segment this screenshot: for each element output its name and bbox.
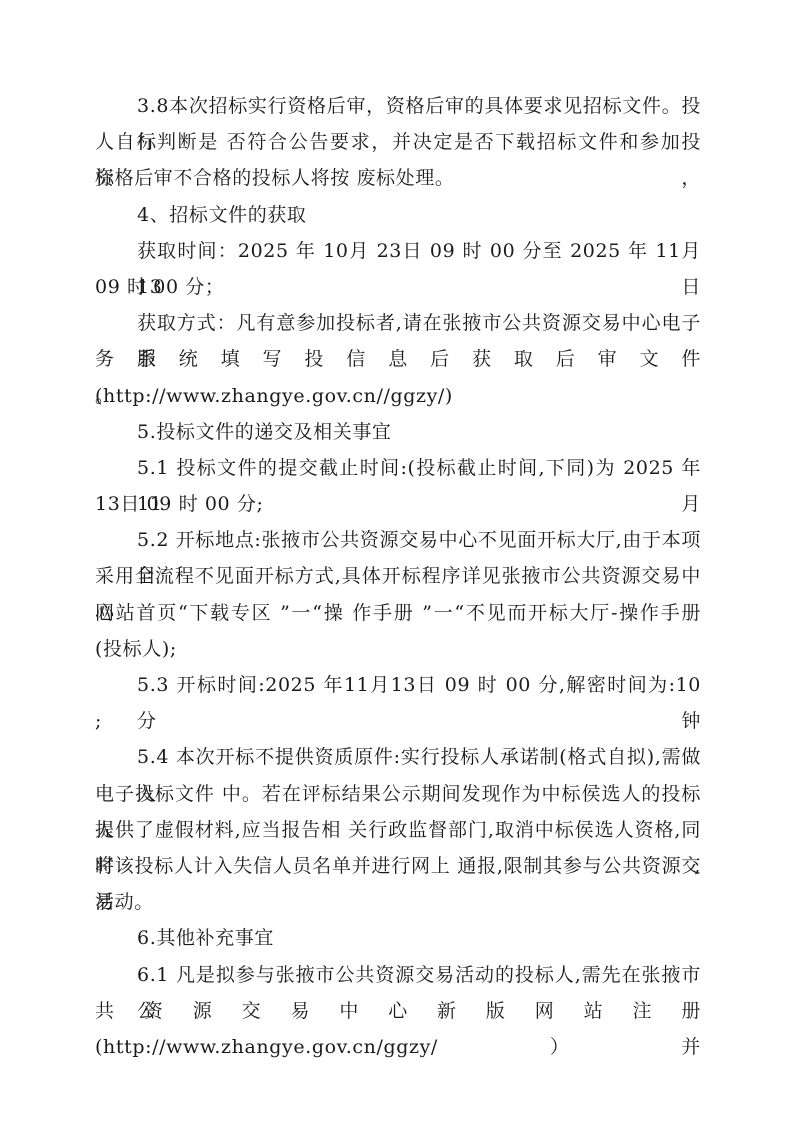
document-text-line: 6.1 凡是拟参与张掖市公共资源交易活动的投标人,需先在张掖市公 bbox=[95, 957, 701, 993]
document-text-line: 提供了虚假材料,应当报告相 关行政监督部门,取消中标侯选人资格,同时, bbox=[95, 812, 701, 848]
document-text-line: 4、招标文件的获取 bbox=[95, 197, 701, 233]
document-text-line: 将该投标人计入失信人员名单并进行网上 通报,限制其参与公共资源交易 bbox=[95, 848, 701, 884]
document-text-line: (投标人); bbox=[95, 631, 701, 667]
document-text-line: 人自行判断是 否符合公告要求，并决定是否下载招标文件和参加投标， bbox=[95, 124, 701, 160]
document-text-line: 活动。 bbox=[95, 884, 701, 920]
document-text-line: 6.其他补充事宜 bbox=[95, 920, 701, 956]
document-text-line: 5.4 本次开标不提供资质原件:实行投标人承诺制(格式自拟),需做入 bbox=[95, 739, 701, 775]
document-text-line: 5.2 开标地点:张掖市公共资源交易中心不见面开标大厅,由于本项目 bbox=[95, 522, 701, 558]
document-text-line: 共资源交易中心新版网站注册 (http://www.zhangye.gov.cn… bbox=[95, 993, 701, 1029]
document-text-line: 3.8本次招标实行资格后审，资格后审的具体要求见招标文件。投标 bbox=[95, 88, 701, 124]
document-text-line: 获取时间：2025 年 10月 23日 09 时 00 分至 2025 年 11… bbox=[95, 233, 701, 269]
document-text-line: 采用全流程不见面开标方式,具体开标程序详见张掖市公共资源交易中心 bbox=[95, 558, 701, 594]
document-text-line: 5.3 开标时间:2025 年11月13日 09 时 00 分,解密时间为:10… bbox=[95, 667, 701, 703]
document-text-line: 务系统填写投信息后获取后审文件 (http://www.zhangye.gov.… bbox=[95, 341, 701, 377]
document-text-line: 5.1 投标文件的提交截止时间:(投标截止时间,下同)为 2025 年11月 bbox=[95, 450, 701, 486]
document-page: 3.8本次招标实行资格后审，资格后审的具体要求见招标文件。投标人自行判断是 否符… bbox=[95, 88, 701, 1029]
document-text-line: 网站首页“下载专区 ”一“操 作手册 ”一“不见而开标大厅-操作手册 bbox=[95, 595, 701, 631]
document-text-line: 获取方式：凡有意参加投标者,请在张掖市公共资源交易中心电子服 bbox=[95, 305, 701, 341]
document-text-line: 5.投标文件的递交及相关事宜 bbox=[95, 414, 701, 450]
document-text-line: 电子投标文件 中。若在评标结果公示期间发现作为中标侯选人的投标人 bbox=[95, 776, 701, 812]
